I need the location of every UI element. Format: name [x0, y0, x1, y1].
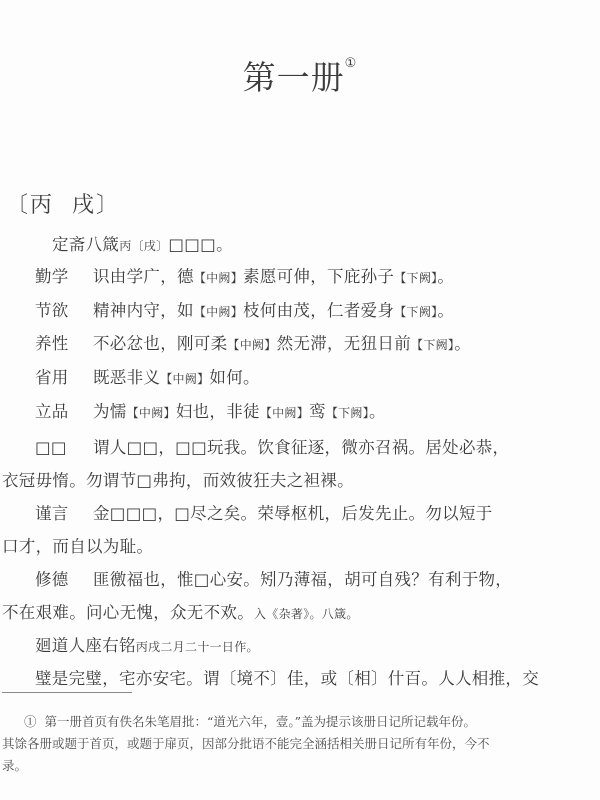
entry-text: 。: [437, 301, 454, 320]
entry-text: 鸾: [309, 402, 326, 421]
section-heading-right: 戌〕: [72, 193, 120, 218]
entry-label: □□: [35, 438, 81, 457]
section-heading: 〔丙戌〕: [6, 188, 120, 219]
lacuna-note: 【中阙】: [227, 338, 276, 352]
entry-label: 节欲: [35, 297, 81, 321]
footnote-marker[interactable]: ①: [24, 714, 37, 729]
entry-label: 省用: [35, 364, 81, 388]
title-text: 第一册: [243, 58, 345, 97]
lacuna-note: 【中阙】: [160, 372, 209, 386]
intro-small: 丙〔戌〕: [119, 239, 168, 253]
body-text: 璧是完璧，宅亦安宅。谓〔境不〕佳，或〔相〕什百。人人相推，交: [35, 669, 539, 688]
footnote-text: 其馀各册或题于首页，或题于扉页，因部分批语不能完全涵括相关册日记所有年份，今不: [2, 736, 490, 751]
entry-line: 立品为懦【中阙】妇也，非徒【中阙】鸾【下阙】。: [35, 398, 386, 422]
footnote-text: 录。: [2, 758, 27, 773]
entry-text: 为懦: [93, 402, 127, 421]
entry-label: 勤学: [35, 263, 81, 287]
entry-text: 。: [437, 267, 454, 286]
entry-text: 既恶非义: [93, 368, 160, 387]
entry-line: 节欲精神内守，如【中阙】枝何由茂，仁者爱身【下阙】。: [35, 297, 454, 321]
entry-continuation: 不在艰难。问心无愧，众无不欢。入《杂著》。八箴。: [2, 599, 359, 623]
entry-text: 谓人□□，□□玩我。饮食征逐，微亦召祸。居处必恭，: [93, 438, 509, 457]
intro-line: 定斋八箴丙〔戌〕□□□。: [52, 231, 233, 255]
book-page: 第一册① 〔丙戌〕 定斋八箴丙〔戌〕□□□。 勤学识由学广，德【中阙】素愿可伸，…: [0, 0, 600, 800]
section-heading-left: 〔丙: [6, 193, 54, 218]
footnote-line: ① 第一册首页有佚名朱笔眉批：“道光六年，壹。”盖为提示该册日记所记载年份。: [24, 712, 476, 730]
entry-text: 如何。: [209, 368, 259, 387]
entry-line: 勤学识由学广，德【中阙】素愿可伸，下庇孙子【下阙】。: [35, 263, 454, 287]
entry-text: 不必忿也，刚可柔: [93, 334, 227, 353]
footnote-line: 其馀各册或题于首页，或题于扉页，因部分批语不能完全涵括相关册日记所有年份，今不: [2, 734, 490, 752]
entry-text: 口才，而自以为耻。: [2, 537, 153, 556]
entry-continuation: 衣冠毋惰。勿谓节□弗拘，而效彼狂夫之袒裸。: [2, 467, 354, 491]
entry-line: 修德匪徼福也，惟□心安。矧乃薄福，胡可自残？有利于物，: [35, 566, 512, 590]
footnote-marker[interactable]: ①: [345, 56, 358, 71]
inscription-date: 丙戌二月二十一日作。: [136, 640, 259, 654]
entry-text: 不在艰难。问心无愧，众无不欢。: [2, 603, 254, 622]
footnote-line: 录。: [2, 756, 27, 774]
page-title: 第一册①: [0, 52, 600, 99]
entry-text: 衣冠毋惰。勿谓节□弗拘，而效彼狂夫之袒裸。: [2, 471, 354, 490]
entry-text: 然无滞，无狃日前: [277, 334, 411, 353]
inscription-title: 廻道人座右铭丙戌二月二十一日作。: [35, 632, 259, 656]
entry-line: 谨言金□□□，□尽之矣。荣辱枢机，后发先止。勿以短于: [35, 500, 493, 524]
inscription-main: 廻道人座右铭: [35, 636, 136, 655]
lacuna-note: 【下阙】: [411, 338, 454, 352]
lacuna-note: 【下阙】: [394, 271, 437, 285]
lacuna-note: 【中阙】: [127, 406, 176, 420]
entry-label: 修德: [35, 566, 81, 590]
lacuna-note: 【中阙】: [194, 305, 243, 319]
entry-text: 识由学广，德: [93, 267, 194, 286]
intro-main: 定斋八箴: [52, 235, 119, 254]
entry-note: 入《杂著》。八箴。: [254, 607, 359, 621]
entry-line: 养性不必忿也，刚可柔【中阙】然无滞，无狃日前【下阙】。: [35, 330, 471, 354]
body-line: 璧是完璧，宅亦安宅。谓〔境不〕佳，或〔相〕什百。人人相推，交: [35, 665, 539, 689]
entry-text: 金□□□，□尽之矣。荣辱枢机，后发先止。勿以短于: [93, 504, 493, 523]
footnote-text: 第一册首页有佚名朱笔眉批：“道光六年，壹。”盖为提示该册日记所记载年份。: [44, 714, 476, 729]
lacuna-note: 【中阙】: [260, 406, 309, 420]
entry-continuation: 口才，而自以为耻。: [2, 533, 153, 557]
footnote-divider: [2, 692, 132, 693]
lacuna-note: 【下阙】: [326, 406, 369, 420]
entry-line: 省用既恶非义【中阙】如何。: [35, 364, 260, 388]
lacuna-note: 【下阙】: [394, 305, 437, 319]
entry-line: □□谓人□□，□□玩我。饮食征逐，微亦召祸。居处必恭，: [35, 434, 509, 458]
intro-tail: □□□。: [168, 235, 232, 254]
entry-text: 素愿可伸，下庇孙子: [243, 267, 394, 286]
lacuna-note: 【中阙】: [194, 271, 243, 285]
entry-label: 立品: [35, 398, 81, 422]
entry-text: 。: [369, 402, 386, 421]
entry-text: 。: [454, 334, 471, 353]
entry-label: 养性: [35, 330, 81, 354]
entry-text: 枝何由茂，仁者爱身: [243, 301, 394, 320]
entry-label: 谨言: [35, 500, 81, 524]
entry-text: 精神内守，如: [93, 301, 194, 320]
entry-text: 妇也，非徒: [176, 402, 260, 421]
entry-text: 匪徼福也，惟□心安。矧乃薄福，胡可自残？有利于物，: [93, 570, 512, 589]
